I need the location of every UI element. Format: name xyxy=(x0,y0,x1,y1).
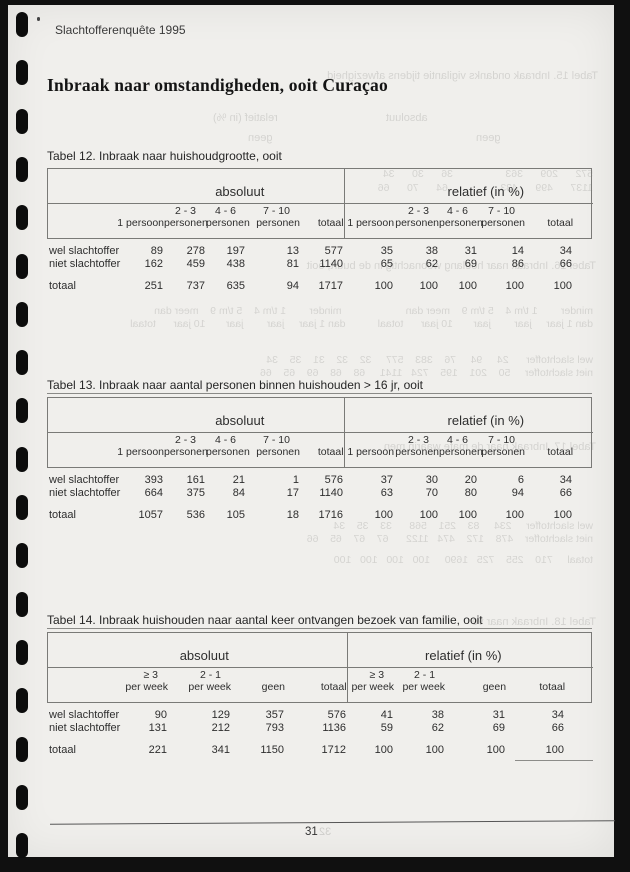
column-header: personen xyxy=(439,446,478,467)
value-cell: 66 xyxy=(505,721,564,734)
column-header xyxy=(108,204,164,218)
column-header: 1 persoon xyxy=(344,446,394,467)
column-header-top-row: ≥ 3 2 - 1 ≥ 3 2 - 1 xyxy=(48,668,593,682)
value-cell: 1057 xyxy=(107,508,163,521)
spacer-cell xyxy=(48,668,108,682)
bleedthrough-text: geen xyxy=(476,132,500,144)
value-cell: 1717 xyxy=(299,279,343,292)
value-cell: 1716 xyxy=(299,508,343,521)
column-header: per week xyxy=(108,681,168,702)
column-header xyxy=(506,668,565,682)
value-cell: 576 xyxy=(284,708,346,721)
table-caption: Tabel 14. Inbraak huishouden naar aantal… xyxy=(47,612,592,629)
value-cell: 17 xyxy=(245,486,299,499)
value-cell: 100 xyxy=(477,508,524,521)
value-cell: 793 xyxy=(230,721,284,734)
column-header: per week xyxy=(347,681,394,702)
column-header: totaal xyxy=(506,681,565,702)
value-cell: 65 xyxy=(343,257,393,270)
column-header: 2 - 1 xyxy=(394,668,445,682)
column-header: totaal xyxy=(525,217,573,238)
table-row: niet slachtoffer 162 459 438 81 1140 65 … xyxy=(47,257,592,270)
group-header-absoluut: absoluut xyxy=(48,169,344,204)
column-header: 2 - 1 xyxy=(168,668,231,682)
value-cell: 37 xyxy=(343,473,393,486)
value-cell: 100 xyxy=(393,508,438,521)
bleedthrough-text: absoluut xyxy=(386,112,428,124)
value-cell: 251 xyxy=(107,279,163,292)
column-header: personen xyxy=(246,446,300,467)
table-data: wel slachtoffer 90 129 357 576 41 38 31 … xyxy=(47,708,592,756)
value-cell: 100 xyxy=(477,279,524,292)
column-header: 1 persoon xyxy=(108,217,164,238)
value-cell: 1140 xyxy=(299,486,343,499)
report-header: Slachtofferenquête 1995 xyxy=(55,23,186,37)
spacer-cell xyxy=(48,681,108,702)
group-header-relatief: relatief (in %) xyxy=(344,398,593,433)
bleedthrough-text: 32 xyxy=(319,826,331,838)
column-header-top-row: 2 - 3 4 - 6 7 - 10 2 - 3 4 - 6 7 - 10 xyxy=(48,204,593,218)
value-cell: 161 xyxy=(163,473,205,486)
row-label: niet slachtoffer xyxy=(47,257,107,270)
value-cell: 459 xyxy=(163,257,205,270)
table-row: wel slachtoffer 90 129 357 576 41 38 31 … xyxy=(47,708,592,721)
value-cell: 1 xyxy=(245,473,299,486)
binding-hole xyxy=(16,302,28,327)
value-cell: 100 xyxy=(524,279,572,292)
spacer-cell xyxy=(48,204,108,218)
column-header: personen xyxy=(206,217,246,238)
spacer-cell xyxy=(48,217,108,238)
value-cell: 38 xyxy=(393,708,444,721)
table-12: Tabel 12. Inbraak naar huishoudgrootte, … xyxy=(47,148,592,292)
value-cell: 536 xyxy=(163,508,205,521)
value-cell: 66 xyxy=(524,486,572,499)
value-cell: 31 xyxy=(438,244,477,257)
table-header-box: absoluut relatief (in %) 2 - 3 4 - 6 7 -… xyxy=(47,397,592,468)
column-header xyxy=(445,668,506,682)
spacer-cell xyxy=(565,668,593,682)
column-header: personen xyxy=(164,217,206,238)
column-header xyxy=(231,668,285,682)
spacer-row xyxy=(47,499,592,508)
column-header: ≥ 3 xyxy=(108,668,168,682)
spacer-cell xyxy=(564,721,592,734)
value-cell: 635 xyxy=(205,279,245,292)
table-header: absoluut relatief (in %) 2 - 3 4 - 6 7 -… xyxy=(48,398,593,467)
binding-hole xyxy=(16,495,28,520)
column-header xyxy=(525,433,573,447)
column-header: personen xyxy=(164,446,206,467)
column-header xyxy=(108,433,164,447)
binding-hole xyxy=(16,109,28,134)
scan-page: Tabel 15. Inbraak ondanks vigilantie tij… xyxy=(0,0,630,872)
column-header: geen xyxy=(445,681,506,702)
table-header-box: absoluut relatief (in %) ≥ 3 2 - 1 ≥ 3 2… xyxy=(47,632,592,703)
value-cell: 20 xyxy=(438,473,477,486)
value-cell: 80 xyxy=(438,486,477,499)
binding-hole xyxy=(16,737,28,762)
value-cell: 438 xyxy=(205,257,245,270)
value-cell: 212 xyxy=(167,721,230,734)
group-header-absoluut: absoluut xyxy=(48,633,347,668)
value-cell: 100 xyxy=(505,743,564,756)
bleedthrough-text: minder 1 t/m 4 5 t/m 9 meer dan minder 1… xyxy=(63,305,593,318)
column-header: personen xyxy=(246,217,300,238)
bleedthrough-text: wel slachtoffer 234 83 251 568 33 35 34 xyxy=(63,520,593,533)
column-header: 1 persoon xyxy=(108,446,164,467)
column-header: totaal xyxy=(300,446,344,467)
value-cell: 38 xyxy=(393,244,438,257)
row-label: totaal xyxy=(47,279,107,292)
spacer-cell xyxy=(572,279,592,292)
value-cell: 59 xyxy=(346,721,393,734)
value-cell: 375 xyxy=(163,486,205,499)
column-header xyxy=(300,433,344,447)
column-header: ≥ 3 xyxy=(347,668,394,682)
column-header: totaal xyxy=(300,217,344,238)
column-header: 1 persoon xyxy=(344,217,394,238)
paper-sheet: Tabel 15. Inbraak ondanks vigilantie tij… xyxy=(8,5,614,857)
column-header: personen xyxy=(478,217,525,238)
value-cell: 70 xyxy=(393,486,438,499)
value-cell: 31 xyxy=(444,708,505,721)
column-header: per week xyxy=(394,681,445,702)
binding-hole xyxy=(16,688,28,713)
binding-hole xyxy=(16,254,28,279)
value-cell: 94 xyxy=(477,486,524,499)
group-header-relatief: relatief (in %) xyxy=(344,169,593,204)
table-row: totaal 1057 536 105 18 1716 100 100 100 … xyxy=(47,508,592,521)
value-cell: 100 xyxy=(444,743,505,756)
value-cell: 197 xyxy=(205,244,245,257)
table-row: niet slachtoffer 131 212 793 1136 59 62 … xyxy=(47,721,592,734)
table-row: wel slachtoffer 89 278 197 13 577 35 38 … xyxy=(47,244,592,257)
table-row: totaal 251 737 635 94 1717 100 100 100 1… xyxy=(47,279,592,292)
table-data: wel slachtoffer 89 278 197 13 577 35 38 … xyxy=(47,244,592,292)
value-cell: 100 xyxy=(393,743,444,756)
spacer-cell xyxy=(564,708,592,721)
bleedthrough-text: niet slachtoffer 478 172 474 1122 67 67 … xyxy=(63,533,593,546)
value-cell: 576 xyxy=(299,473,343,486)
scan-speck xyxy=(37,17,40,21)
column-header: 4 - 6 xyxy=(206,433,246,447)
bleedthrough-text: wel slachtoffer 24 94 76 383 577 32 32 3… xyxy=(63,354,593,367)
value-cell: 62 xyxy=(393,721,444,734)
spacer-cell xyxy=(573,204,593,218)
binding-hole xyxy=(16,60,28,85)
bleedthrough-text: totaal 710 255 725 1690 100 100 100 100 xyxy=(63,554,593,567)
value-cell: 62 xyxy=(393,257,438,270)
column-header: personen xyxy=(439,217,478,238)
group-header-row: absoluut relatief (in %) xyxy=(48,169,593,204)
table-caption: Tabel 13. Inbraak naar aantal personen b… xyxy=(47,377,592,394)
value-cell: 35 xyxy=(343,244,393,257)
row-label: totaal xyxy=(47,743,107,756)
column-header: 4 - 6 xyxy=(439,433,478,447)
binding-hole xyxy=(16,398,28,423)
spacer-cell xyxy=(573,433,593,447)
binding-hole xyxy=(16,157,28,182)
value-cell: 63 xyxy=(343,486,393,499)
binding-hole xyxy=(16,350,28,375)
value-cell: 100 xyxy=(438,508,477,521)
value-cell: 30 xyxy=(393,473,438,486)
binding-hole xyxy=(16,833,28,858)
value-cell: 1136 xyxy=(284,721,346,734)
value-cell: 1150 xyxy=(230,743,284,756)
spacer-cell xyxy=(573,446,593,467)
value-cell: 221 xyxy=(107,743,167,756)
column-header: personen xyxy=(394,446,439,467)
table-13: Tabel 13. Inbraak naar aantal personen b… xyxy=(47,377,592,521)
page-title: Inbraak naar omstandigheden, ooit Curaça… xyxy=(47,75,388,96)
value-cell: 737 xyxy=(163,279,205,292)
column-header: 7 - 10 xyxy=(246,433,300,447)
value-cell: 6 xyxy=(477,473,524,486)
spacer-cell xyxy=(572,244,592,257)
table-14-trailing-rule xyxy=(515,760,593,761)
table-data: wel slachtoffer 393 161 21 1 576 37 30 2… xyxy=(47,473,592,521)
binding-hole xyxy=(16,592,28,617)
value-cell: 94 xyxy=(245,279,299,292)
column-header-bottom-row: per week per week geen totaal per week p… xyxy=(48,681,593,702)
column-header: geen xyxy=(231,681,285,702)
column-header: 7 - 10 xyxy=(246,204,300,218)
value-cell: 100 xyxy=(343,508,393,521)
value-cell: 14 xyxy=(477,244,524,257)
value-cell: 86 xyxy=(477,257,524,270)
column-header: 7 - 10 xyxy=(478,433,525,447)
row-label: wel slachtoffer xyxy=(47,473,107,486)
binding-hole xyxy=(16,640,28,665)
binding-hole xyxy=(16,205,28,230)
value-cell: 105 xyxy=(205,508,245,521)
table-header: absoluut relatief (in %) 2 - 3 4 - 6 7 -… xyxy=(48,169,593,238)
value-cell: 18 xyxy=(245,508,299,521)
spacer-cell xyxy=(48,433,108,447)
value-cell: 41 xyxy=(346,708,393,721)
table-row: wel slachtoffer 393 161 21 1 576 37 30 2… xyxy=(47,473,592,486)
value-cell: 100 xyxy=(343,279,393,292)
value-cell: 34 xyxy=(524,244,572,257)
row-label: wel slachtoffer xyxy=(47,708,107,721)
column-header: personen xyxy=(394,217,439,238)
binding-hole xyxy=(16,543,28,568)
value-cell: 129 xyxy=(167,708,230,721)
column-header: 2 - 3 xyxy=(394,204,439,218)
column-header: totaal xyxy=(285,681,347,702)
value-cell: 100 xyxy=(524,508,572,521)
spacer-cell xyxy=(48,446,108,467)
value-cell: 69 xyxy=(438,257,477,270)
group-header-relatief: relatief (in %) xyxy=(347,633,593,668)
column-header: totaal xyxy=(525,446,573,467)
row-label: totaal xyxy=(47,508,107,521)
binding-hole xyxy=(16,12,28,37)
column-header xyxy=(525,204,573,218)
spacer-cell xyxy=(572,257,592,270)
spacer-row xyxy=(47,270,592,279)
value-cell: 34 xyxy=(524,473,572,486)
spacer-cell xyxy=(565,681,593,702)
spacer-cell xyxy=(573,217,593,238)
column-header: personen xyxy=(206,446,246,467)
value-cell: 1140 xyxy=(299,257,343,270)
column-header-bottom-row: 1 persoon personen personen personen tot… xyxy=(48,446,593,467)
column-header: personen xyxy=(478,446,525,467)
column-header xyxy=(285,668,347,682)
spacer-row xyxy=(47,734,592,743)
value-cell: 34 xyxy=(505,708,564,721)
value-cell: 278 xyxy=(163,244,205,257)
bleedthrough-text: geen xyxy=(248,132,272,144)
table-caption: Tabel 12. Inbraak naar huishoudgrootte, … xyxy=(47,148,592,164)
value-cell: 577 xyxy=(299,244,343,257)
value-cell: 341 xyxy=(167,743,230,756)
value-cell: 100 xyxy=(393,279,438,292)
column-header: 4 - 6 xyxy=(206,204,246,218)
table-14: Tabel 14. Inbraak huishouden naar aantal… xyxy=(47,612,592,756)
group-header-absoluut: absoluut xyxy=(48,398,344,433)
value-cell: 81 xyxy=(245,257,299,270)
table-header: absoluut relatief (in %) ≥ 3 2 - 1 ≥ 3 2… xyxy=(48,633,593,702)
value-cell: 84 xyxy=(205,486,245,499)
spacer-cell xyxy=(572,508,592,521)
row-label: wel slachtoffer xyxy=(47,244,107,257)
column-header: 2 - 3 xyxy=(164,204,206,218)
column-header xyxy=(300,204,344,218)
group-header-row: absoluut relatief (in %) xyxy=(48,633,593,668)
value-cell: 1712 xyxy=(284,743,346,756)
column-header xyxy=(344,433,394,447)
table-row: totaal 221 341 1150 1712 100 100 100 100 xyxy=(47,743,592,756)
spacer-cell xyxy=(564,743,592,756)
value-cell: 21 xyxy=(205,473,245,486)
page-number: 31 xyxy=(305,826,318,838)
row-label: niet slachtoffer xyxy=(47,721,107,734)
column-header: 4 - 6 xyxy=(439,204,478,218)
binding-hole xyxy=(16,447,28,472)
column-header xyxy=(344,204,394,218)
bleedthrough-text: dan 1 jaar jaar jaar 10 jaar totaal dan … xyxy=(63,318,593,331)
bleedthrough-text: relatief (in %) xyxy=(213,112,278,124)
value-cell: 100 xyxy=(346,743,393,756)
value-cell: 69 xyxy=(444,721,505,734)
value-cell: 13 xyxy=(245,244,299,257)
column-header-bottom-row: 1 persoon personen personen personen tot… xyxy=(48,217,593,238)
column-header: 2 - 3 xyxy=(164,433,206,447)
spacer-cell xyxy=(572,486,592,499)
value-cell: 357 xyxy=(230,708,284,721)
table-row: niet slachtoffer 664 375 84 17 1140 63 7… xyxy=(47,486,592,499)
column-header: 7 - 10 xyxy=(478,204,525,218)
group-header-row: absoluut relatief (in %) xyxy=(48,398,593,433)
row-label: niet slachtoffer xyxy=(47,486,107,499)
spacer-cell xyxy=(572,473,592,486)
column-header-top-row: 2 - 3 4 - 6 7 - 10 2 - 3 4 - 6 7 - 10 xyxy=(48,433,593,447)
value-cell: 66 xyxy=(524,257,572,270)
value-cell: 100 xyxy=(438,279,477,292)
binding-hole xyxy=(16,785,28,810)
footer-rule xyxy=(50,820,615,824)
table-header-box: absoluut relatief (in %) 2 - 3 4 - 6 7 -… xyxy=(47,168,592,239)
column-header: 2 - 3 xyxy=(394,433,439,447)
column-header: per week xyxy=(168,681,231,702)
